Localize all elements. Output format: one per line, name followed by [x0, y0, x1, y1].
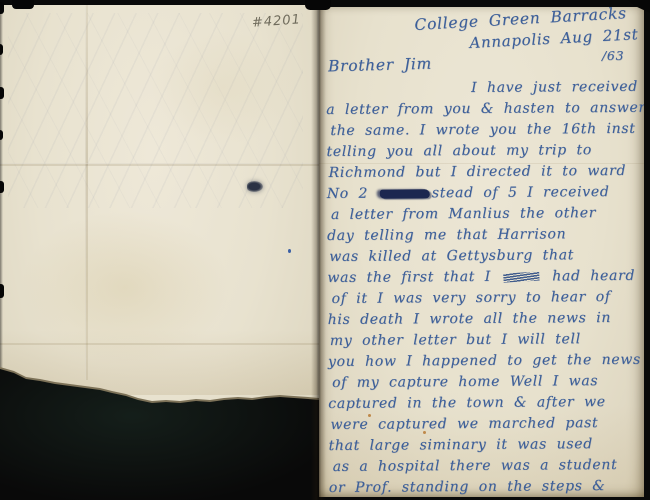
line-text: was the first that I: [327, 269, 500, 286]
mounting-tab: [305, 0, 331, 10]
letter-line: telling you all about my trip to: [323, 140, 644, 163]
letter-line: the same. I wrote you the 16th inst: [323, 119, 644, 142]
edge-tab: [0, 87, 4, 99]
page-seam: [311, 0, 326, 500]
letter-heading-year: /63: [602, 48, 624, 63]
letter-scan: #4201 College Green Barracks Annapolis A…: [0, 0, 650, 500]
letter-salutation: Brother Jim: [328, 55, 432, 76]
edge-tab: [0, 2, 4, 14]
edge-tab: [0, 181, 4, 193]
right-page: College Green Barracks Annapolis Aug 21s…: [319, 7, 644, 497]
fold-crease-horizontal: [0, 343, 319, 345]
letter-line: day telling me that Harrison: [324, 224, 644, 247]
letter-line: that large siminary it was used: [325, 434, 644, 457]
line-text: had heard: [543, 268, 636, 285]
letter-line: or Prof. standing on the steps &: [326, 476, 644, 497]
letter-line: I have just received: [323, 77, 644, 100]
letter-line: a letter from you & hasten to answer: [323, 98, 644, 121]
edge-tab: [0, 44, 3, 55]
letter-line: captured in the town & after we: [325, 392, 644, 415]
ink-dot: [288, 249, 291, 253]
letter-line: was killed at Gettysburg that: [324, 245, 644, 268]
letter-body: I have just received a letter from you &…: [323, 77, 644, 497]
edge-tab: [0, 130, 3, 140]
letter-line: of it I was very sorry to hear of: [324, 287, 644, 310]
edge-tab: [0, 284, 4, 298]
letter-line: were captured we marched past: [325, 413, 644, 436]
letter-line: of my capture home Well I was: [325, 371, 644, 394]
paper-stain: [150, 30, 295, 145]
line-text: No 2: [327, 186, 378, 202]
letter-line: you how I happened to get the news: [325, 350, 644, 373]
letter-line: a letter from Manlius the other: [324, 203, 644, 226]
fold-crease-horizontal: [0, 163, 319, 166]
ink-blot: [380, 189, 430, 198]
letter-line: as a hospital there was a student: [326, 455, 644, 478]
ink-blot: [247, 181, 263, 192]
letter-line: was the first that I had heard: [324, 266, 644, 289]
mounting-tab: [12, 0, 34, 9]
scribbled-out-word: [503, 272, 539, 283]
fold-crease-vertical: [85, 5, 88, 380]
letter-line: my other letter but I will tell: [325, 329, 644, 352]
letter-line: No 2 stead of 5 I received: [324, 182, 644, 205]
letter-line: Richmond but I directed it to ward: [324, 161, 644, 184]
line-text: stead of 5 I received: [432, 184, 610, 201]
letter-line: his death I wrote all the news in: [325, 308, 644, 331]
